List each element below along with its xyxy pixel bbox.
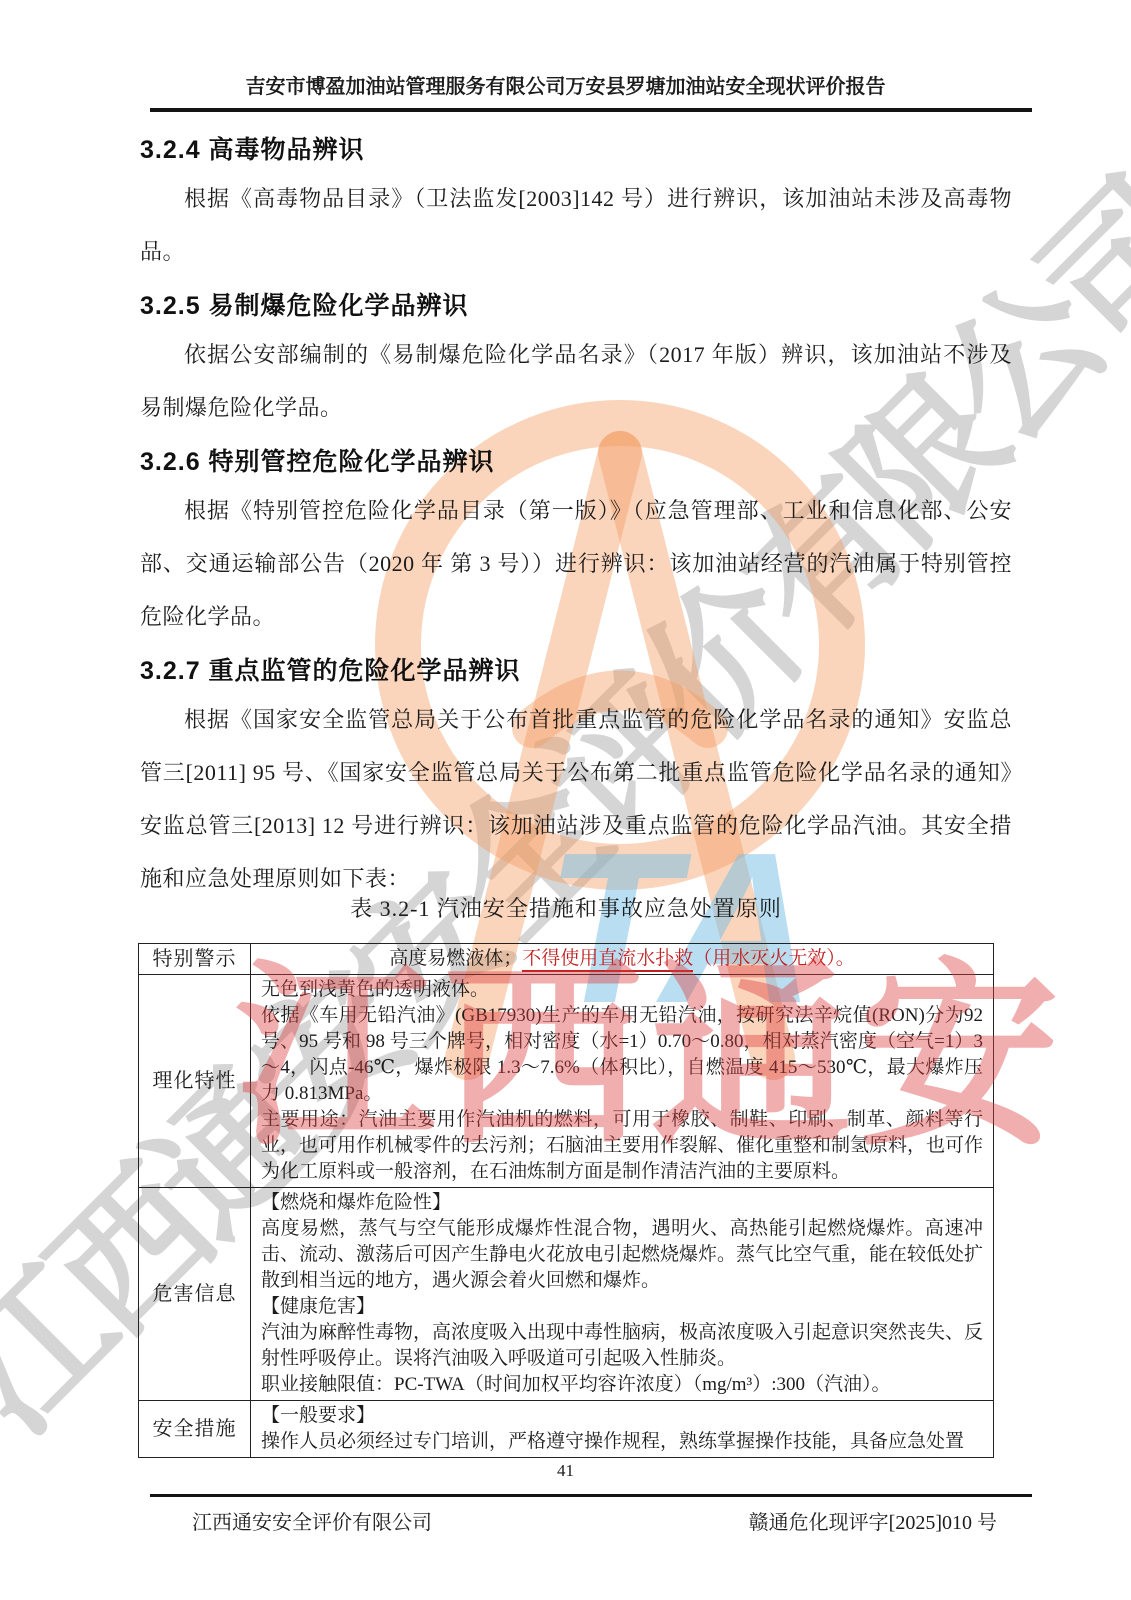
table-row-special-warning: 特别警示 高度易燃液体；不得使用直流水扑救（用水灭火无效）。 — [139, 944, 994, 975]
section-heading-3-2-7: 3.2.7 重点监管的危险化学品辨识 — [140, 651, 1012, 687]
gasoline-safety-table: 特别警示 高度易燃液体；不得使用直流水扑救（用水灭火无效）。 理化特性 无色到浅… — [138, 943, 994, 1458]
warning-suffix-text: （用水灭火无效）。 — [693, 948, 855, 969]
cell-line: 无色到浅黄色的透明液体。 — [261, 977, 983, 1003]
footer-company-name: 江西通安安全评价有限公司 — [192, 1506, 432, 1535]
table-row-physical-properties: 理化特性 无色到浅黄色的透明液体。 依据《车用无铅汽油》(GB17930)生产的… — [139, 975, 994, 1188]
row-label-special-warning: 特别警示 — [139, 944, 251, 975]
row-label-hazard-info: 危害信息 — [139, 1188, 251, 1401]
cell-line: 汽油为麻醉性毒物，高浓度吸入出现中毒性脑病，极高浓度吸入引起意识突然丧失、反射性… — [261, 1320, 983, 1372]
table-row-hazard-info: 危害信息 【燃烧和爆炸危险性】 高度易燃，蒸气与空气能形成爆炸性混合物，遇明火、… — [139, 1188, 994, 1401]
table-caption: 表 3.2-1 汽油安全措施和事故应急处置原则 — [138, 892, 994, 923]
hazard-info-content: 【燃烧和爆炸危险性】 高度易燃，蒸气与空气能形成爆炸性混合物，遇明火、高热能引起… — [251, 1188, 994, 1401]
row-label-physical-properties: 理化特性 — [139, 975, 251, 1188]
footer-rule — [150, 1494, 1032, 1497]
cell-line: 主要用途：汽油主要用作汽油机的燃料，可用于橡胶、制鞋、印刷、制革、颜料等行业，也… — [261, 1107, 983, 1185]
cell-line: 职业接触限值：PC-TWA（时间加权平均容许浓度）（mg/m³）:300（汽油）… — [261, 1372, 983, 1398]
cell-line: 【健康危害】 — [261, 1294, 983, 1320]
cell-line: 操作人员必须经过专门培训，严格遵守操作规程，熟练掌握操作技能，具备应急处置 — [261, 1429, 983, 1455]
section-paragraph-3-2-5: 依据公安部编制的《易制爆危险化学品名录》（2017 年版）辨识，该加油站不涉及易… — [140, 328, 1012, 434]
cell-line: 【燃烧和爆炸危险性】 — [261, 1190, 983, 1216]
report-header-title: 吉安市博盈加油站管理服务有限公司万安县罗塘加油站安全现状评价报告 — [0, 70, 1131, 99]
section-heading-3-2-4: 3.2.4 高毒物品辨识 — [140, 130, 1012, 166]
safety-measures-content: 【一般要求】 操作人员必须经过专门培训，严格遵守操作规程，熟练掌握操作技能，具备… — [251, 1401, 994, 1458]
physical-properties-content: 无色到浅黄色的透明液体。 依据《车用无铅汽油》(GB17930)生产的车用无铅汽… — [251, 975, 994, 1188]
section-paragraph-3-2-4: 根据《高毒物品目录》（卫法监发[2003]142 号）进行辨识，该加油站未涉及高… — [140, 172, 1012, 278]
section-paragraph-3-2-7: 根据《国家安全监管总局关于公布首批重点监管的危险化学品名录的通知》安监总管三[2… — [140, 693, 1012, 905]
section-heading-3-2-6: 3.2.6 特别管控危险化学品辨识 — [140, 442, 1012, 478]
page-number: 41 — [0, 1461, 1131, 1481]
warning-alert-text: 不得使用直流水扑救 — [522, 948, 693, 972]
section-heading-3-2-5: 3.2.5 易制爆危险化学品辨识 — [140, 286, 1012, 322]
table-row-safety-measures: 安全措施 【一般要求】 操作人员必须经过专门培训，严格遵守操作规程，熟练掌握操作… — [139, 1401, 994, 1458]
header-rule — [150, 108, 1032, 112]
special-warning-content: 高度易燃液体；不得使用直流水扑救（用水灭火无效）。 — [251, 944, 994, 975]
document-body: 3.2.4 高毒物品辨识 根据《高毒物品目录》（卫法监发[2003]142 号）… — [140, 122, 1012, 907]
row-label-safety-measures: 安全措施 — [139, 1401, 251, 1458]
hazard-table-block: 表 3.2-1 汽油安全措施和事故应急处置原则 特别警示 高度易燃液体；不得使用… — [138, 892, 994, 1458]
cell-line: 依据《车用无铅汽油》(GB17930)生产的车用无铅汽油，按研究法辛烷值(RON… — [261, 1003, 983, 1107]
warning-prefix-text: 高度易燃液体； — [389, 948, 522, 969]
cell-line: 高度易燃，蒸气与空气能形成爆炸性混合物，遇明火、高热能引起燃烧爆炸。高速冲击、流… — [261, 1216, 983, 1294]
cell-line: 【一般要求】 — [261, 1403, 983, 1429]
footer-document-number: 赣通危化现评字[2025]010 号 — [749, 1506, 997, 1535]
section-paragraph-3-2-6: 根据《特别管控危险化学品目录（第一版）》（应急管理部、工业和信息化部、公安部、交… — [140, 484, 1012, 643]
document-page: 江西通安安全评价有限公司 TA 吉安市博盈加油站管理服务有限公司万安县罗塘加油站… — [0, 0, 1131, 1600]
